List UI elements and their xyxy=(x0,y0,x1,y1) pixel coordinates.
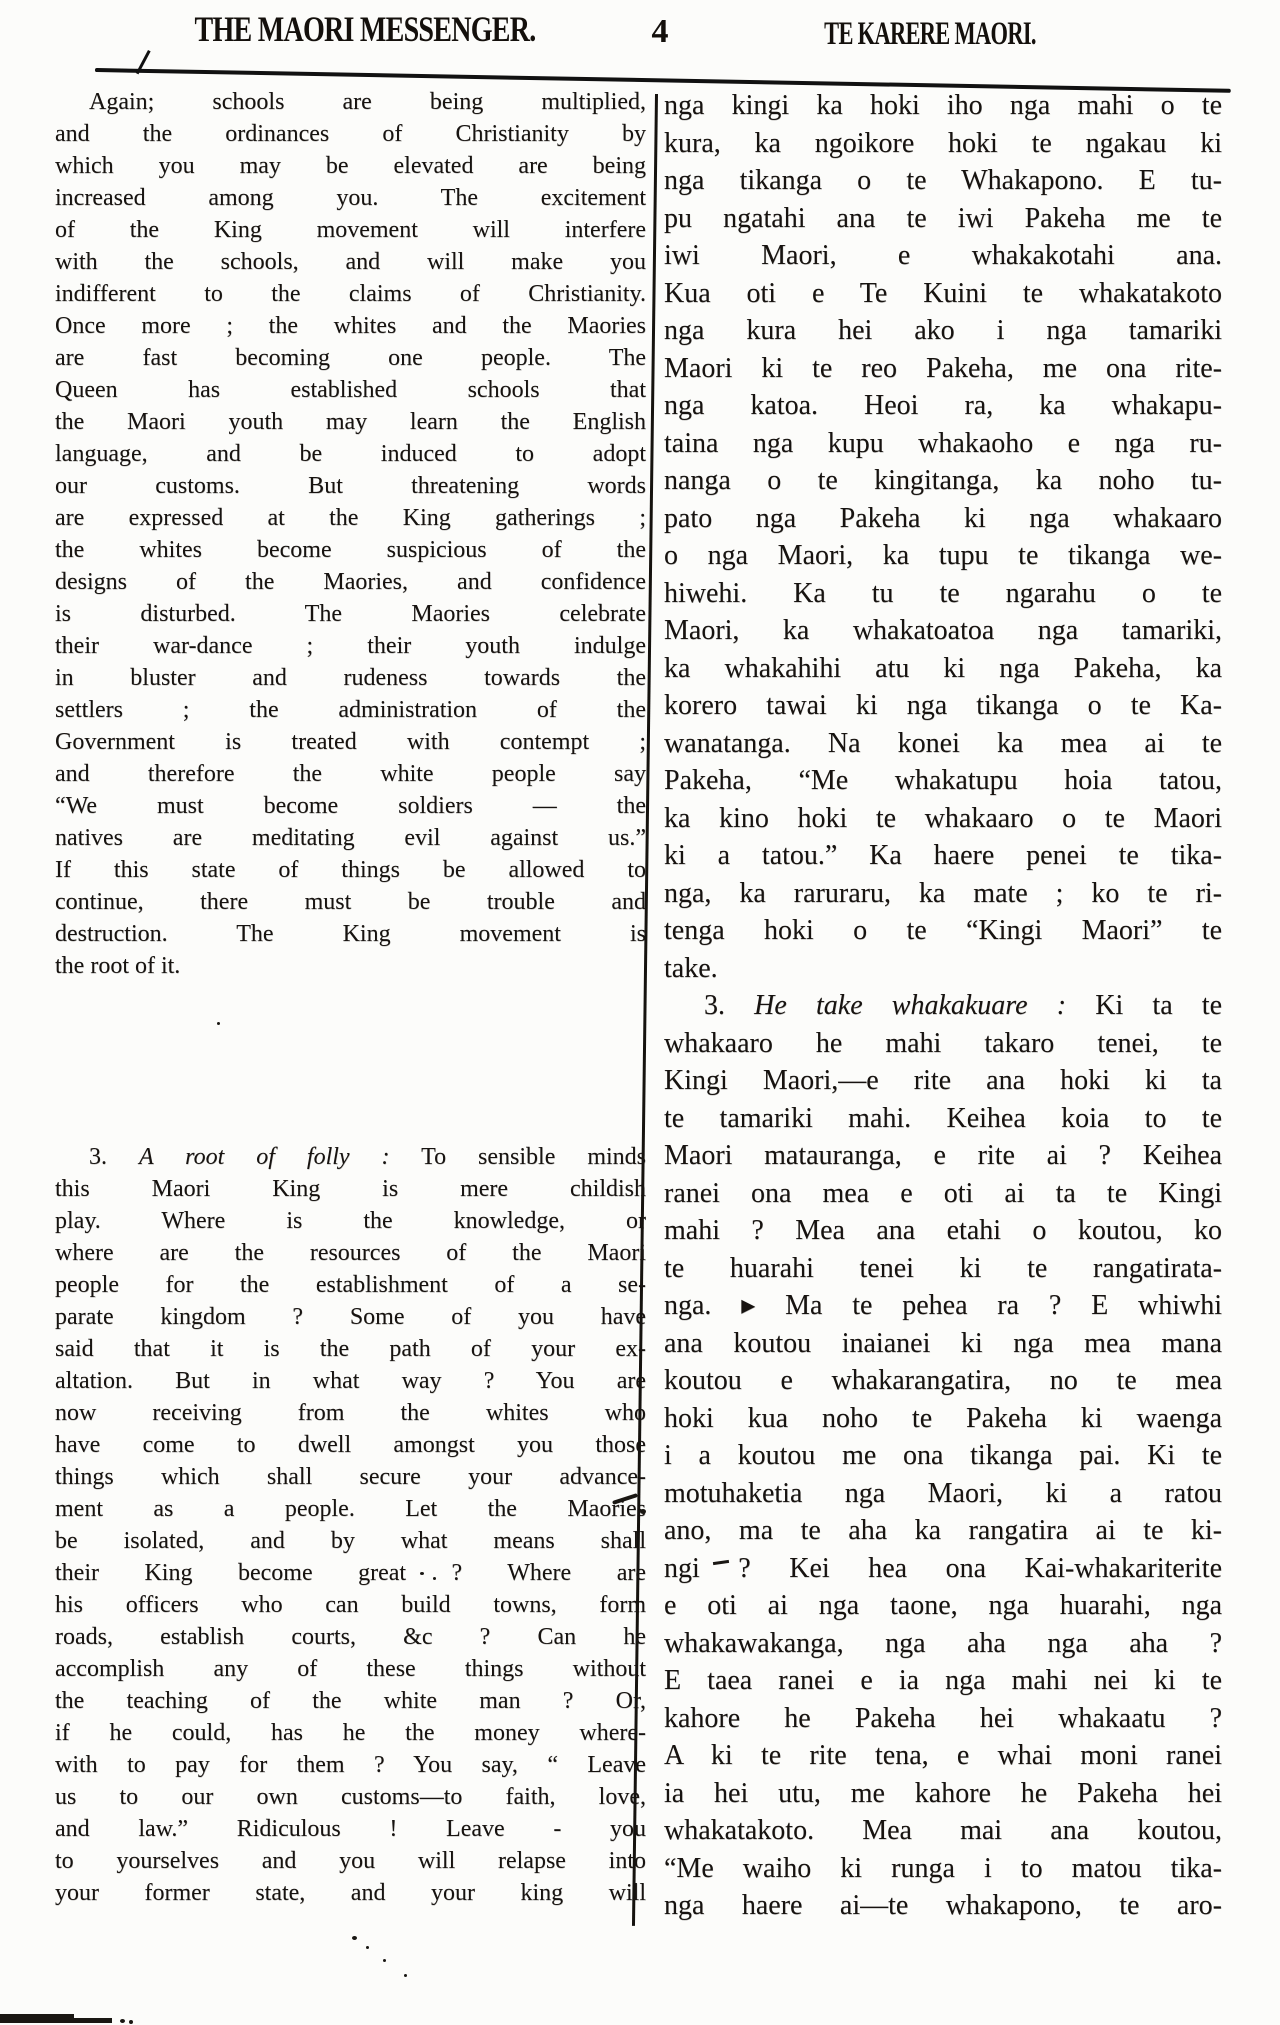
text-line: te tamariki mahi. Keihea koia to te xyxy=(664,1100,1222,1138)
text-line: 3. A root of folly : To sensible minds xyxy=(55,1141,646,1173)
text-line: tenga hoki o te “Kingi Maori” te xyxy=(664,912,1222,950)
text-line: which you may be elevated are being xyxy=(55,150,646,182)
text-line: pu ngatahi ana te iwi Pakeha me te xyxy=(664,200,1222,238)
text-line: be isolated, and by what means shall xyxy=(55,1525,646,1557)
text-line: nga katoa. Heoi ra, ka whakapu- xyxy=(664,387,1222,425)
scanned-newspaper-page: THE MAORI MESSENGER. 4 TE KARERE MAORI. … xyxy=(0,0,1280,2025)
text-line: E taea ranei e ia nga mahi nei ki te xyxy=(664,1662,1222,1700)
text-line: ano, ma te aha ka rangatira ai te ki- xyxy=(664,1512,1222,1550)
text-line: hoki kua noho te Pakeha ki waenga xyxy=(664,1400,1222,1438)
text-line: Once more ; the whites and the Maories xyxy=(55,310,646,342)
ink-speck xyxy=(366,1946,369,1949)
text-line: are expressed at the King gatherings ; xyxy=(55,502,646,534)
text-line: korero tawai ki nga tikanga o te Ka- xyxy=(664,687,1222,725)
text-line: Kua oti e Te Kuini te whakatakoto xyxy=(664,275,1222,313)
text-line: “We must become soldiers — the xyxy=(55,790,646,822)
text-line: nga. ▸ Ma te pehea ra ? E whiwhi xyxy=(664,1287,1222,1325)
text-line: wanatanga. Na konei ka mea ai te xyxy=(664,725,1222,763)
text-line: te huarahi tenei ki te rangatirata- xyxy=(664,1250,1222,1288)
text-line: whakawakanga, nga aha nga aha ? xyxy=(664,1625,1222,1663)
text-line: o nga Maori, ka tupu te tikanga we- xyxy=(664,537,1222,575)
text-line: taina nga kupu whakaoho e nga ru- xyxy=(664,425,1222,463)
maori-paragraph-continued: nga kingi ka hoki iho nga mahi o tekura,… xyxy=(664,87,1222,987)
ink-speck xyxy=(404,1974,407,1977)
text-line: ment as a people. Let the Maories xyxy=(55,1493,646,1525)
text-line: ngi ? Kei hea ona Kai-whakariterite xyxy=(664,1550,1222,1588)
scan-edge-artifact xyxy=(30,2018,112,2023)
text-line: our customs. But threatening words xyxy=(55,470,646,502)
text-line: roads, establish courts, &c ? Can he xyxy=(55,1621,646,1653)
text-line: of the King movement will interfere xyxy=(55,214,646,246)
text-line: ana koutou inaianei ki nga mea mana xyxy=(664,1325,1222,1363)
ink-speck xyxy=(352,1936,357,1940)
english-column: Again; schools are being multiplied,and … xyxy=(55,86,646,1909)
text-line: language, and be induced to adopt xyxy=(55,438,646,470)
text-line: A ki te rite tena, e whai moni ranei xyxy=(664,1737,1222,1775)
text-line: ranei ona mea e oti ai ta te Kingi xyxy=(664,1175,1222,1213)
text-line: things which shall secure your advance- xyxy=(55,1461,646,1493)
text-line: take. xyxy=(664,950,1222,988)
text-line: pato nga Pakeha ki nga whakaaro xyxy=(664,500,1222,538)
text-line: Maori ki te reo Pakeha, me ona rite- xyxy=(664,350,1222,388)
text-line: your former state, and your king will xyxy=(55,1877,646,1909)
text-line: continue, there must be trouble and xyxy=(55,886,646,918)
text-line: have come to dwell amongst you those xyxy=(55,1429,646,1461)
text-line: where are the resources of the Maori xyxy=(55,1237,646,1269)
scan-edge-artifact xyxy=(120,2019,125,2023)
text-line: “Me waiho ki runga i to matou tika- xyxy=(664,1850,1222,1888)
text-line: Pakeha, “Me whakatupu hoia tatou, xyxy=(664,762,1222,800)
text-line: said that it is the path of your ex- xyxy=(55,1333,646,1365)
page-number: 4 xyxy=(630,13,690,51)
masthead-english-title: THE MAORI MESSENGER. xyxy=(178,8,552,50)
text-line: nga kingi ka hoki iho nga mahi o te xyxy=(664,87,1222,125)
ink-speck xyxy=(217,1022,220,1025)
text-line: and therefore the white people say xyxy=(55,758,646,790)
text-line: If this state of things be allowed to xyxy=(55,854,646,886)
masthead-maori-title: TE KARERE MAORI. xyxy=(801,16,1059,53)
text-line: ki a tatou.” Ka haere penei te tika- xyxy=(664,837,1222,875)
text-line: natives are meditating evil against us.” xyxy=(55,822,646,854)
text-line: their King become great ? Where are xyxy=(55,1557,646,1589)
text-line: now receiving from the whites who xyxy=(55,1397,646,1429)
text-line: if he could, has he the money where- xyxy=(55,1717,646,1749)
text-line: the root of it. xyxy=(55,950,646,982)
text-line: 3. He take whakakuare : Ki ta te xyxy=(664,987,1222,1025)
text-line: are fast becoming one people. The xyxy=(55,342,646,374)
text-line: settlers ; the administration of the xyxy=(55,694,646,726)
text-line: in bluster and rudeness towards the xyxy=(55,662,646,694)
text-line: kahore he Pakeha hei whakaatu ? xyxy=(664,1700,1222,1738)
text-line: ka kino hoki te whakaaro o te Maori xyxy=(664,800,1222,838)
text-line: kura, ka ngoikore hoki te ngakau ki xyxy=(664,125,1222,163)
text-line: nga haere ai—te whakapono, te aro- xyxy=(664,1887,1222,1925)
text-line: whakaaro he mahi takaro tenei, te xyxy=(664,1025,1222,1063)
text-line: motuhaketia nga Maori, ki a ratou xyxy=(664,1475,1222,1513)
text-line: Government is treated with contempt ; xyxy=(55,726,646,758)
text-line: and the ordinances of Christianity by xyxy=(55,118,646,150)
text-line: e oti ai nga taone, nga huarahi, nga xyxy=(664,1587,1222,1625)
text-line: hiwehi. Ka tu te ngarahu o te xyxy=(664,575,1222,613)
text-line: the whites become suspicious of the xyxy=(55,534,646,566)
text-line: designs of the Maories, and confidence xyxy=(55,566,646,598)
text-line: to yourselves and you will relapse into xyxy=(55,1845,646,1877)
text-line: ka whakahihi atu ki nga Pakeha, ka xyxy=(664,650,1222,688)
ink-speck xyxy=(420,1572,424,1575)
text-line: and law.” Ridiculous ! Leave - you xyxy=(55,1813,646,1845)
maori-section-3-he-take-whakakuare: 3. He take whakakuare : Ki ta tewhakaaro… xyxy=(664,987,1222,1925)
text-line: destruction. The King movement is xyxy=(55,918,646,950)
text-line: us to our own customs—to faith, love, xyxy=(55,1781,646,1813)
text-line: his officers who can build towns, form xyxy=(55,1589,646,1621)
text-line: accomplish any of these things without xyxy=(55,1653,646,1685)
text-line: their war-dance ; their youth indulge xyxy=(55,630,646,662)
text-line: is disturbed. The Maories celebrate xyxy=(55,598,646,630)
text-line: Again; schools are being multiplied, xyxy=(55,86,646,118)
text-line: Kingi Maori,—e rite ana hoki ki ta xyxy=(664,1062,1222,1100)
text-line: koutou e whakarangatira, no te mea xyxy=(664,1362,1222,1400)
text-line: Queen has established schools that xyxy=(55,374,646,406)
text-line: people for the establishment of a se- xyxy=(55,1269,646,1301)
text-line: mahi ? Mea ana etahi o koutou, ko xyxy=(664,1212,1222,1250)
text-line: with to pay for them ? You say, “ Leave xyxy=(55,1749,646,1781)
text-line: Maori matauranga, e rite ai ? Keihea xyxy=(664,1137,1222,1175)
maori-column: nga kingi ka hoki iho nga mahi o tekura,… xyxy=(664,87,1222,1925)
text-line: with the schools, and will make you xyxy=(55,246,646,278)
text-line: nga tikanga o te Whakapono. E tu- xyxy=(664,162,1222,200)
text-line: whakatakoto. Mea mai ana koutou, xyxy=(664,1812,1222,1850)
text-line: nanga o te kingitanga, ka noho tu- xyxy=(664,462,1222,500)
ink-speck xyxy=(640,1509,646,1514)
text-line: nga kura hei ako i nga tamariki xyxy=(664,312,1222,350)
english-paragraph-continued: Again; schools are being multiplied,and … xyxy=(55,86,646,982)
text-line: the teaching of the white man ? Or, xyxy=(55,1685,646,1717)
text-line: parate kingdom ? Some of you have xyxy=(55,1301,646,1333)
text-line: i a koutou me ona tikanga pai. Ki te xyxy=(664,1437,1222,1475)
text-line: indifferent to the claims of Christianit… xyxy=(55,278,646,310)
text-line: play. Where is the knowledge, or xyxy=(55,1205,646,1237)
ink-speck xyxy=(383,1959,386,1962)
text-line: altation. But in what way ? You are xyxy=(55,1365,646,1397)
text-line: the Maori youth may learn the English xyxy=(55,406,646,438)
text-line: ia hei utu, me kahore he Pakeha hei xyxy=(664,1775,1222,1813)
text-line: nga, ka raruraru, ka mate ; ko te ri- xyxy=(664,875,1222,913)
text-line: Maori, ka whakatoatoa nga tamariki, xyxy=(664,612,1222,650)
english-section-3-root-of-folly: 3. A root of folly : To sensible mindsth… xyxy=(55,1141,646,1909)
text-line: iwi Maori, e whakakotahi ana. xyxy=(664,237,1222,275)
text-line: this Maori King is mere childish xyxy=(55,1173,646,1205)
text-line: increased among you. The excitement xyxy=(55,182,646,214)
scan-edge-artifact xyxy=(129,2020,133,2024)
ink-speck xyxy=(433,1577,436,1580)
